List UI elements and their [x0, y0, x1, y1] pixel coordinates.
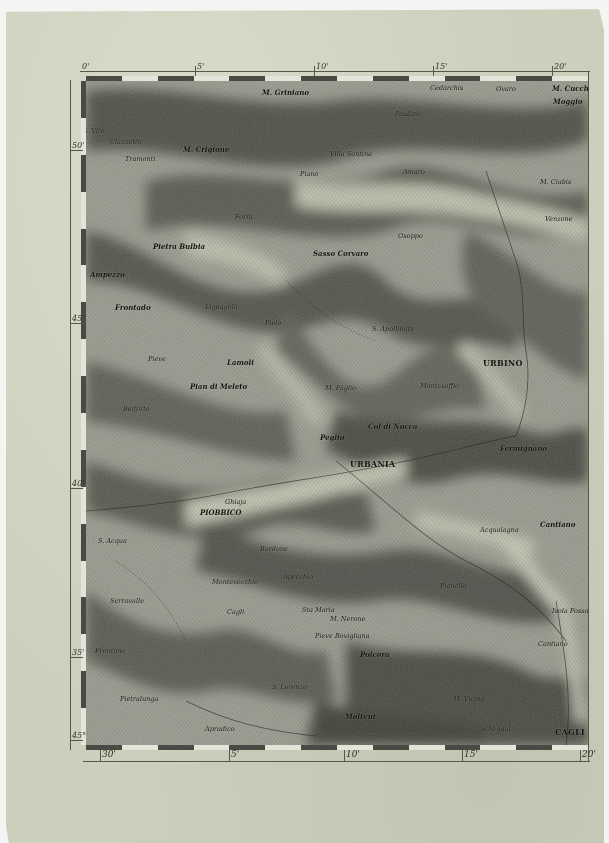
bottom-tick-mark	[229, 750, 230, 762]
place-name: Molteni	[345, 712, 376, 721]
place-name: Col di Nocca	[368, 422, 417, 431]
left-tick-mark	[71, 323, 83, 324]
left-tick-mark	[71, 488, 83, 489]
bottom-tick-label: 20'	[582, 750, 596, 760]
place-name: Pietra Bulbia	[153, 242, 205, 251]
top-tick-mark	[552, 66, 553, 76]
place-name: Frontone	[95, 647, 125, 655]
top-tick-label: 5'	[197, 62, 204, 71]
top-tick-mark	[314, 66, 315, 76]
left-tick-label: 45'	[72, 314, 84, 323]
top-corner-label: 0'	[82, 62, 89, 71]
place-name: Apradico	[205, 725, 235, 733]
place-name: Cantiano	[538, 640, 568, 648]
place-name: Osoppo	[398, 232, 423, 240]
bottom-tick-label: 30'	[102, 750, 116, 760]
place-name: Scheggia	[480, 725, 510, 733]
place-name: CAGLI	[555, 727, 585, 737]
place-name: M. Faglio	[325, 384, 356, 392]
scale-segment	[409, 745, 445, 750]
scale-segment	[265, 745, 301, 750]
frame-right-line	[588, 71, 589, 761]
top-tick-mark	[195, 66, 196, 76]
place-name: Bordone	[260, 545, 288, 553]
bottom-tick-mark	[462, 750, 463, 762]
place-name: Sasso Corvaro	[313, 249, 368, 258]
scale-segment	[480, 745, 516, 750]
place-name: Pianello	[440, 582, 466, 590]
place-name: S. Lorenzo	[272, 683, 307, 691]
place-name: PIOBBICO	[200, 508, 241, 517]
place-name: Cantiano	[540, 520, 575, 529]
place-name: Serravalle	[110, 597, 144, 605]
place-name: Cedarchis	[430, 84, 463, 92]
place-name: Montesoffio	[420, 382, 459, 390]
top-tick-label: 20'	[554, 62, 566, 71]
place-name: Cagli	[227, 608, 244, 616]
place-name: Forni	[235, 213, 252, 221]
place-name: Piano	[300, 170, 318, 178]
place-name: M. Cucchia	[552, 84, 588, 93]
place-name: Lignagola	[205, 303, 238, 311]
top-tick-label: 15'	[435, 62, 447, 71]
place-name: S. Apollinare	[372, 325, 414, 333]
left-tick-mark	[71, 740, 83, 741]
frame-bottom-line	[83, 761, 590, 762]
place-name: Sta Maria	[302, 606, 335, 614]
place-name: Polcora	[360, 650, 390, 659]
frame-top-line	[80, 71, 590, 72]
place-name: Isola Fossara	[552, 607, 588, 615]
place-name: Fermignano	[500, 444, 547, 453]
place-name: Clauzetto	[110, 138, 142, 146]
place-name: URBANIA	[350, 459, 395, 469]
bottom-tick-mark	[100, 750, 101, 762]
graduated-border-bottom	[86, 745, 588, 750]
scale-segment	[373, 745, 409, 750]
map-relief-area: M. GrinianoCedarchisOvaroM. CucchiaMoggi…	[86, 81, 588, 745]
place-name: Villa Santina	[330, 150, 372, 158]
place-name: Ghiaja	[225, 498, 246, 506]
frame-left-line	[70, 80, 71, 750]
left-tick-label: 50'	[72, 141, 84, 150]
place-name: Ovaro	[496, 85, 516, 93]
bottom-tick-label: 5'	[231, 750, 239, 760]
place-name: S. Acqua	[98, 537, 127, 545]
bottom-tick-label: 15'	[464, 750, 478, 760]
scale-segment	[158, 745, 194, 750]
place-name: Pieve Bovigliana	[315, 632, 370, 640]
place-name: Pietralunga	[120, 695, 158, 703]
place-name: S. Vito	[86, 127, 105, 135]
place-name: Ampezzo	[90, 270, 125, 279]
place-name: Pieve	[148, 355, 166, 363]
place-name: Belforte	[123, 405, 150, 413]
bottom-tick-mark	[580, 750, 581, 762]
left-tick-mark	[71, 657, 83, 658]
place-name: Peglio	[320, 433, 344, 442]
place-name: Apecchio	[283, 573, 313, 581]
scale-segment	[516, 745, 552, 750]
bottom-tick-mark	[344, 750, 345, 762]
bottom-tick-label: 10'	[346, 750, 360, 760]
place-name: Montevecchio	[212, 578, 258, 586]
place-name: Pian di Meleto	[190, 382, 247, 391]
place-name: Acqualagna	[480, 526, 519, 534]
place-name: Tramonti	[125, 155, 155, 163]
left-tick-mark	[71, 150, 83, 151]
top-tick-label: 10'	[316, 62, 328, 71]
place-name: Lamoli	[227, 358, 254, 367]
place-name: Venzone	[545, 215, 573, 223]
place-name: Paularo	[395, 110, 420, 118]
place-name: M. Nerone	[330, 615, 365, 623]
top-tick-mark	[433, 66, 434, 76]
place-name: URBINO	[483, 358, 523, 368]
left-tick-label: 35'	[72, 648, 84, 657]
place-name: M. Crigione	[183, 145, 229, 154]
place-name: M. Griniano	[262, 88, 309, 97]
relief-hachures	[86, 81, 588, 745]
place-name: M. Vicino	[453, 695, 484, 703]
place-name: Frontado	[115, 303, 151, 312]
scale-segment	[122, 745, 158, 750]
scale-segment	[301, 745, 337, 750]
place-name: Pielo	[265, 319, 281, 327]
scale-segment	[194, 745, 230, 750]
place-name: M. Ciabis	[540, 178, 571, 186]
left-tick-label: 40'	[72, 479, 84, 488]
left-tick-label: 45°	[72, 731, 86, 740]
place-name: Moggio	[553, 97, 583, 106]
place-name: Amaro	[403, 168, 425, 176]
